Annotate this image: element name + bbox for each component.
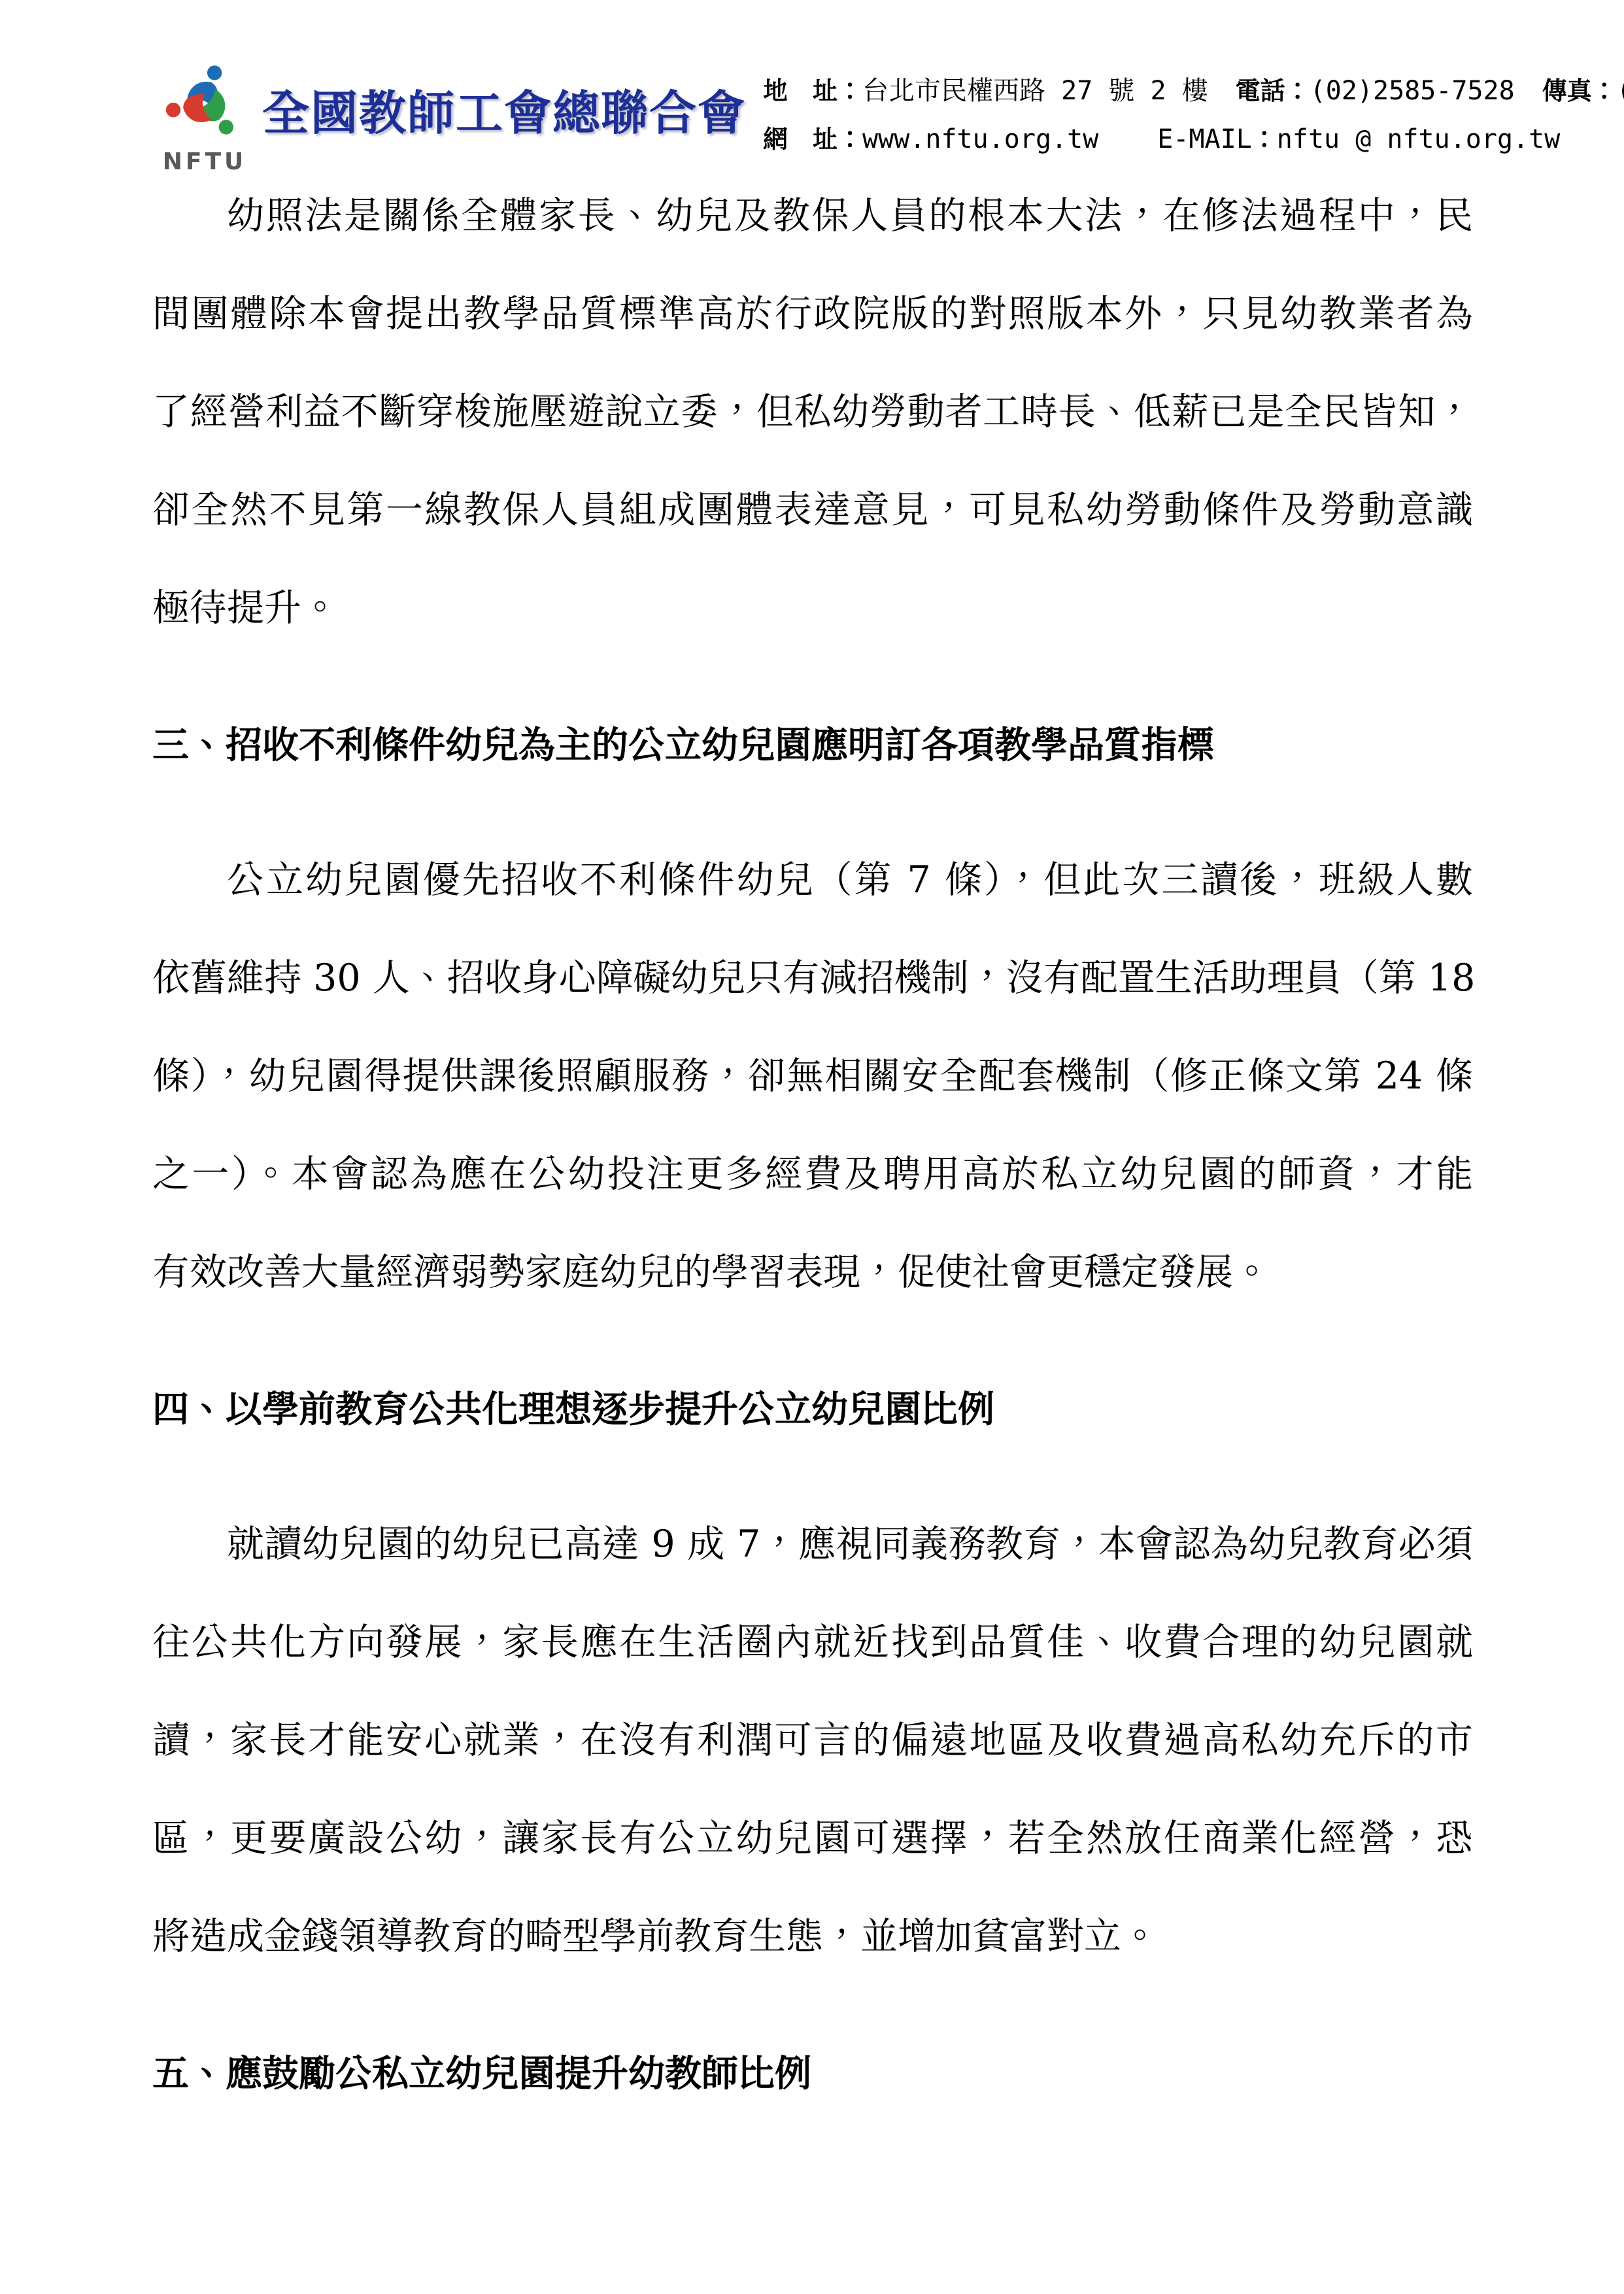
contact-row-1: 地 址：台北市民權西路 27 號 2 樓電話：(02)2585-7528傳真：(… — [763, 67, 1624, 115]
text-line: 條），幼兒園得提供課後照顧服務，卻無相關安全配套機制（修正條文第 24 條 — [152, 1027, 1473, 1125]
paragraph-3: 就讀幼兒園的幼兒已高達 9 成 7，應視同義務教育，本會認為幼兒教育必須 往公共… — [152, 1495, 1473, 1985]
address-value: 台北市民權西路 27 號 2 樓 — [862, 76, 1208, 106]
text-line: 區，更要廣設公幼，讓家長有公立幼兒園可選擇，若全然放任商業化經營，恐 — [152, 1789, 1473, 1887]
colon: ： — [837, 125, 862, 154]
phone-value: (02)2585-7528 — [1310, 76, 1515, 106]
text-line: 往公共化方向發展，家長應在生活圈內就近找到品質佳、收費合理的幼兒園就 — [152, 1593, 1473, 1691]
contact-row-2: 網 址：www.nftu.org.twE-MAIL：nftu @ nftu.or… — [763, 115, 1624, 163]
address-label: 地 址 — [763, 76, 837, 105]
letterhead: NFTU 全國教師工會總聯合會 地 址：台北市民權西路 27 號 2 樓電話：(… — [152, 58, 1480, 178]
text-line: 卻全然不見第一線教保人員組成團體表達意見，可見私幼勞動條件及勞動意識 — [152, 461, 1473, 559]
section-heading-4: 四、以學前教育公共化理想逐步提升公立幼兒園比例 — [152, 1360, 1473, 1459]
text-line: 依舊維持 30 人、招收身心障礙幼兒只有減招機制，沒有配置生活助理員（第 18 — [152, 929, 1473, 1027]
section-heading-3: 三、招收不利條件幼兒為主的公立幼兒園應明訂各項教學品質指標 — [152, 696, 1473, 794]
nftu-logo: NFTU 全國教師工會總聯合會 — [152, 58, 746, 174]
text-line: 公立幼兒園優先招收不利條件幼兒（第 7 條），但此次三讀後，班級人數 — [152, 831, 1473, 929]
nftu-emblem-icon — [156, 58, 254, 149]
colon: ： — [837, 76, 862, 105]
paragraph-1: 幼照法是關係全體家長、幼兒及教保人員的根本大法，在修法過程中，民 間團體除本會提… — [152, 167, 1473, 657]
text-line: 有效改善大量經濟弱勢家庭幼兒的學習表現，促使社會更穩定發展。 — [152, 1223, 1473, 1321]
colon: ： — [1592, 76, 1617, 105]
fax-value: (02)2585-7559 — [1617, 76, 1624, 106]
colon: ： — [1252, 125, 1277, 154]
document-body: 幼照法是關係全體家長、幼兒及教保人員的根本大法，在修法過程中，民 間團體除本會提… — [152, 167, 1473, 2159]
colon: ： — [1285, 76, 1310, 105]
phone-label: 電話 — [1236, 76, 1285, 105]
text-line: 讀，家長才能安心就業，在沒有利潤可言的偏遠地區及收費過高私幼充斥的市 — [152, 1691, 1473, 1789]
paragraph-2: 公立幼兒園優先招收不利條件幼兒（第 7 條），但此次三讀後，班級人數 依舊維持 … — [152, 831, 1473, 1321]
nftu-emblem: NFTU — [152, 58, 257, 174]
text-line: 間團體除本會提出教學品質標準高於行政院版的對照版本外，只見幼教業者為 — [152, 265, 1473, 363]
document-page: NFTU 全國教師工會總聯合會 地 址：台北市民權西路 27 號 2 樓電話：(… — [0, 0, 1624, 2294]
fax-label: 傳真 — [1542, 76, 1592, 105]
email-label: E-MAIL — [1157, 124, 1252, 154]
text-line: 幼照法是關係全體家長、幼兒及教保人員的根本大法，在修法過程中，民 — [152, 167, 1473, 265]
website-label: 網 址 — [763, 125, 837, 154]
email-value: nftu @ nftu.org.tw — [1277, 124, 1560, 154]
text-line: 將造成金錢領導教育的畸型學前教育生態，並增加貧富對立。 — [152, 1887, 1473, 1985]
website-value: www.nftu.org.tw — [862, 124, 1098, 154]
text-line: 極待提升。 — [152, 559, 1473, 657]
text-line: 之一）。本會認為應在公幼投注更多經費及聘用高於私立幼兒園的師資，才能 — [152, 1125, 1473, 1223]
contact-info: 地 址：台北市民權西路 27 號 2 樓電話：(02)2585-7528傳真：(… — [763, 58, 1624, 163]
text-line: 了經營利益不斷穿梭施壓遊說立委，但私幼勞動者工時長、低薪已是全民皆知， — [152, 363, 1473, 461]
org-title: 全國教師工會總聯合會 — [262, 58, 746, 169]
text-line: 就讀幼兒園的幼兒已高達 9 成 7，應視同義務教育，本會認為幼兒教育必須 — [152, 1495, 1473, 1593]
section-heading-5: 五、應鼓勵公私立幼兒園提升幼教師比例 — [152, 2025, 1473, 2123]
